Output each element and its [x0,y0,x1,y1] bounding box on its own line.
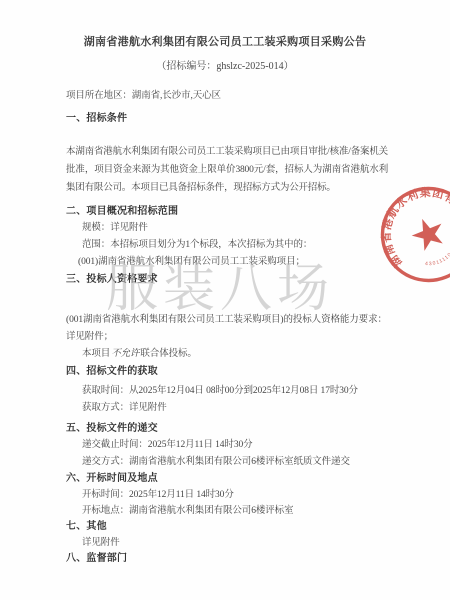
section-heading-bid-submission: 五、投标文件的递交 [66,420,388,437]
section-heading-others: 七、其他 [66,519,388,535]
project-location-line: 项目所在地区：湖南省,长沙市,天心区 [66,88,388,105]
section-heading-document-acquisition: 四、招标文件的获取 [66,363,388,380]
acquisition-method-line: 获取方式：详见附件 [66,400,388,417]
submission-deadline-line: 递交截止时间：2025年12月11日 14时30分 [66,437,388,454]
seal-star-icon [407,213,448,253]
section-heading-supervision: 八、监督部门 [66,551,388,567]
consortium-suffix: 联合体投标。 [140,349,196,359]
qualification-requirement-line: (001湖南省港航水利集团有限公司员工工装采购项目)的投标人资格能力要求： [66,312,388,329]
scope-line: 范围：本招标项目划分为1个标段，本次招标为其中的： [66,237,388,254]
consortium-emphasis: 不允许 [110,349,140,359]
document-header: 湖南省港航水利集团有限公司员工工装采购项目采购公告 （招标编号：ghslzc-2… [0,33,450,72]
section-heading-bidder-qualification: 三、投标人资格要求 [66,271,388,288]
consortium-prefix: 本项目 [82,349,110,359]
acquisition-time-line: 获取时间：从2025年12月04日 08时00分到2025年12月08日 17时… [66,383,388,400]
section-heading-bidding-conditions: 一、招标条件 [66,110,388,127]
company-seal-stamp: 湖南省港航水利集团有限公司 43011110 [371,177,450,292]
submission-method-line: 递交方式：湖南省港航水利集团有限公司6楼评标室纸质文件递交 [66,454,388,471]
document-title: 湖南省港航水利集团有限公司员工工装采购项目采购公告 [0,33,450,49]
svg-text:湖南省港航水利集团有限公司: 湖南省港航水利集团有限公司 [371,177,450,272]
scanned-document-page: 湖南省港航水利集团有限公司员工工装采购项目采购公告 （招标编号：ghslzc-2… [0,0,450,600]
scale-line: 规模：详见附件 [66,220,388,237]
svg-text:43011110: 43011110 [423,250,450,270]
seal-serial-number: 43011110 [423,250,450,270]
opening-time-line: 开标时间：2025年12月11日 14时30分 [66,487,388,503]
section-heading-bid-opening: 六、开标时间及地点 [66,471,388,487]
opening-place-line: 开标地点：湖南省港航水利集团有限公司6楼评标室 [66,503,388,519]
document-body: 项目所在地区：湖南省,长沙市,天心区 一、招标条件 本湖南省港航水利集团有限公司… [66,88,388,567]
section-heading-project-overview: 二、项目概况和招标范围 [66,203,388,220]
seal-company-name: 湖南省港航水利集团有限公司 [371,177,450,272]
others-detail-line: 详见附件 [66,535,388,551]
bid-number: （招标编号：ghslzc-2025-014） [0,57,450,72]
qualification-detail-line: 详见附件； [66,329,388,346]
bidding-conditions-paragraph: 本湖南省港航水利集团有限公司员工工装采购项目已由项目审批/核准/备案机关批准，项… [66,143,388,197]
lot-line: (001)湖南省港航水利集团有限公司员工工装采购项目； [66,254,388,271]
consortium-line: 本项目不允许联合体投标。 [66,346,388,363]
